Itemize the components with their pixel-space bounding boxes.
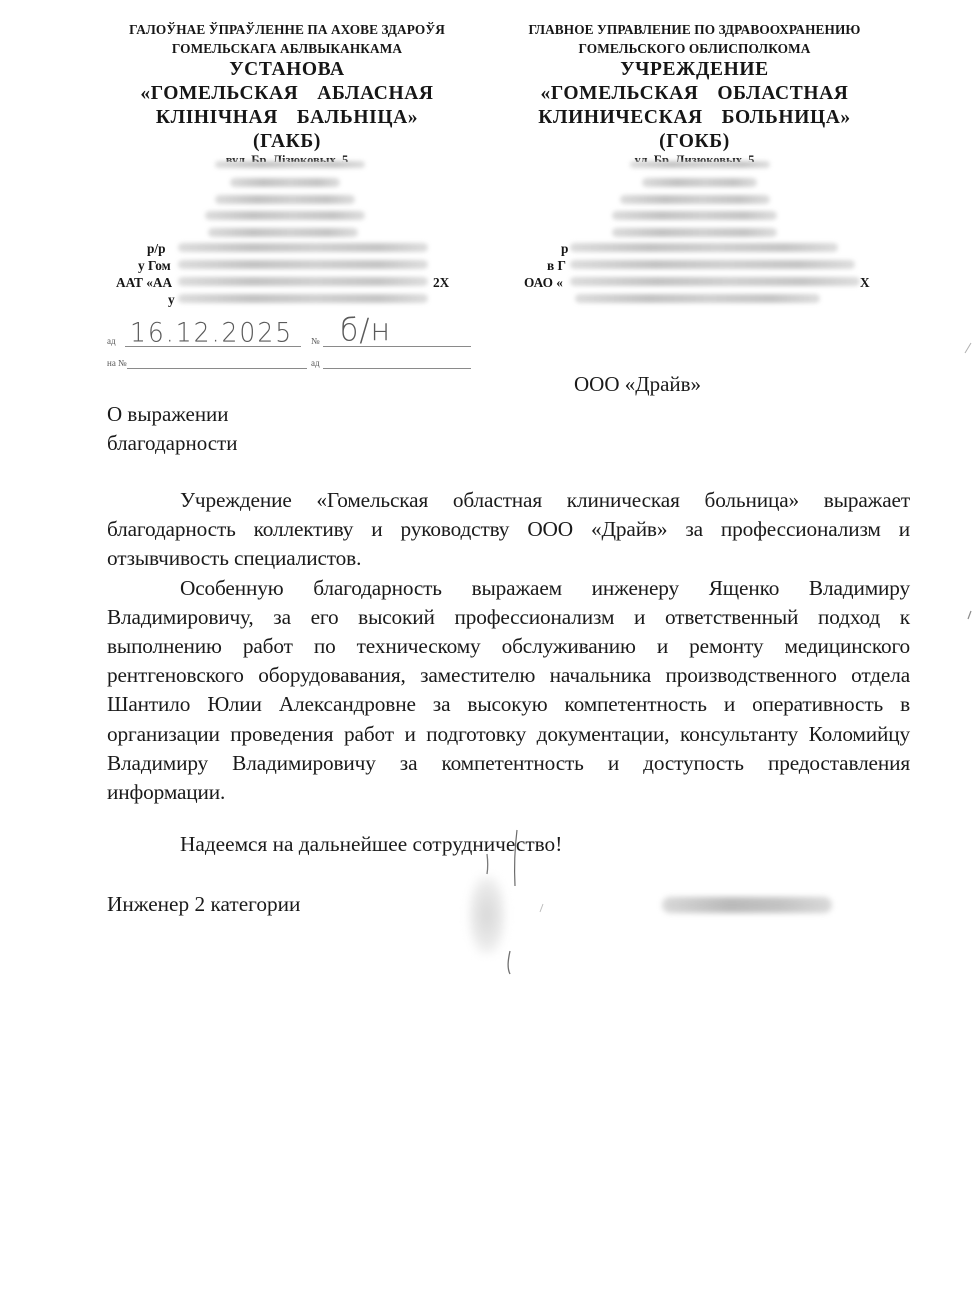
handwritten-signature [460, 826, 560, 986]
margin-mark [964, 342, 972, 354]
date-value-handwritten: 16.12.2025 [130, 317, 293, 347]
institution-type: УСТАНОВА [103, 58, 471, 82]
reply-date-label: ад [311, 358, 320, 368]
ministry-line-1: ГЛАВНОЕ УПРАВЛЕНИЕ ПО ЗДРАВООХРАНЕНИЮ [497, 20, 892, 39]
reply-to-label: на № [107, 358, 127, 368]
letter-page: ГАЛОЎНАЕ ЎПРАЎЛЕННЕ ПА АХОВЕ ЗДАРОЎЯ ГОМ… [0, 0, 974, 1298]
institution-name-line-2: КЛИНИЧЕСКАЯ БОЛЬНИЦА» [497, 106, 892, 130]
bank-name-label: ОАО « [524, 275, 563, 290]
body-paragraph-1: Учреждение «Гомельская областная клиниче… [107, 486, 910, 574]
number-value-handwritten: б/н [340, 312, 391, 349]
number-label: № [311, 336, 320, 346]
margin-mark [966, 610, 972, 620]
ministry-line-2: ГОМЕЛЬСКОГО ОБЛИСПОЛКОМА [497, 39, 892, 58]
reply-date-line [323, 367, 471, 369]
bank-name-label: ААТ «АА [116, 275, 172, 290]
letterhead-belarusian: ГАЛОЎНАЕ ЎПРАЎЛЕННЕ ПА АХОВЕ ЗДАРОЎЯ ГОМ… [103, 20, 471, 162]
institution-name-line-1: «ГОМЕЛЬСКАЯ АБЛАСНАЯ [103, 82, 471, 106]
bank-code-tail: Х [860, 275, 870, 290]
institution-abbreviation: (ГОКБ) [497, 130, 892, 154]
ministry-line-2: ГОМЕЛЬСКАГА АБЛВЫКАНКАМА [103, 39, 471, 58]
redacted-signer-name [662, 897, 832, 913]
date-label: ад [107, 336, 116, 346]
bank-branch-label: в Г [547, 258, 566, 273]
bank-account-label: р/р [147, 241, 166, 256]
institution-name-line-1: «ГОМЕЛЬСКАЯ ОБЛАСТНАЯ [497, 82, 892, 106]
letter-body: Учреждение «Гомельская областная клиниче… [107, 486, 910, 807]
signer-title: Инженер 2 категории [107, 890, 300, 919]
addressee: ООО «Драйв» [574, 370, 701, 398]
institution-type: УЧРЕЖДЕНИЕ [497, 58, 892, 82]
institution-name-line-2: КЛІНІЧНАЯ БАЛЬНІЦА» [103, 106, 471, 130]
bank-code-label: у [168, 292, 175, 307]
body-paragraph-2: Особенную благодарность выражаем инженер… [107, 574, 910, 808]
subject-line-1: О выражении [107, 400, 237, 429]
subject-line-2: благодарности [107, 429, 237, 458]
reply-to-line [127, 367, 307, 369]
bank-branch-label: у Гом [138, 258, 171, 273]
letter-subject: О выражении благодарности [107, 400, 237, 458]
redacted-street-left [215, 161, 365, 168]
bank-account-label: р [561, 241, 568, 256]
institution-abbreviation: (ГАКБ) [103, 130, 471, 154]
ministry-line-1: ГАЛОЎНАЕ ЎПРАЎЛЕННЕ ПА АХОВЕ ЗДАРОЎЯ [103, 20, 471, 39]
bank-code-tail: 2Х [433, 275, 449, 290]
letterhead-russian: ГЛАВНОЕ УПРАВЛЕНИЕ ПО ЗДРАВООХРАНЕНИЮ ГО… [497, 20, 892, 162]
